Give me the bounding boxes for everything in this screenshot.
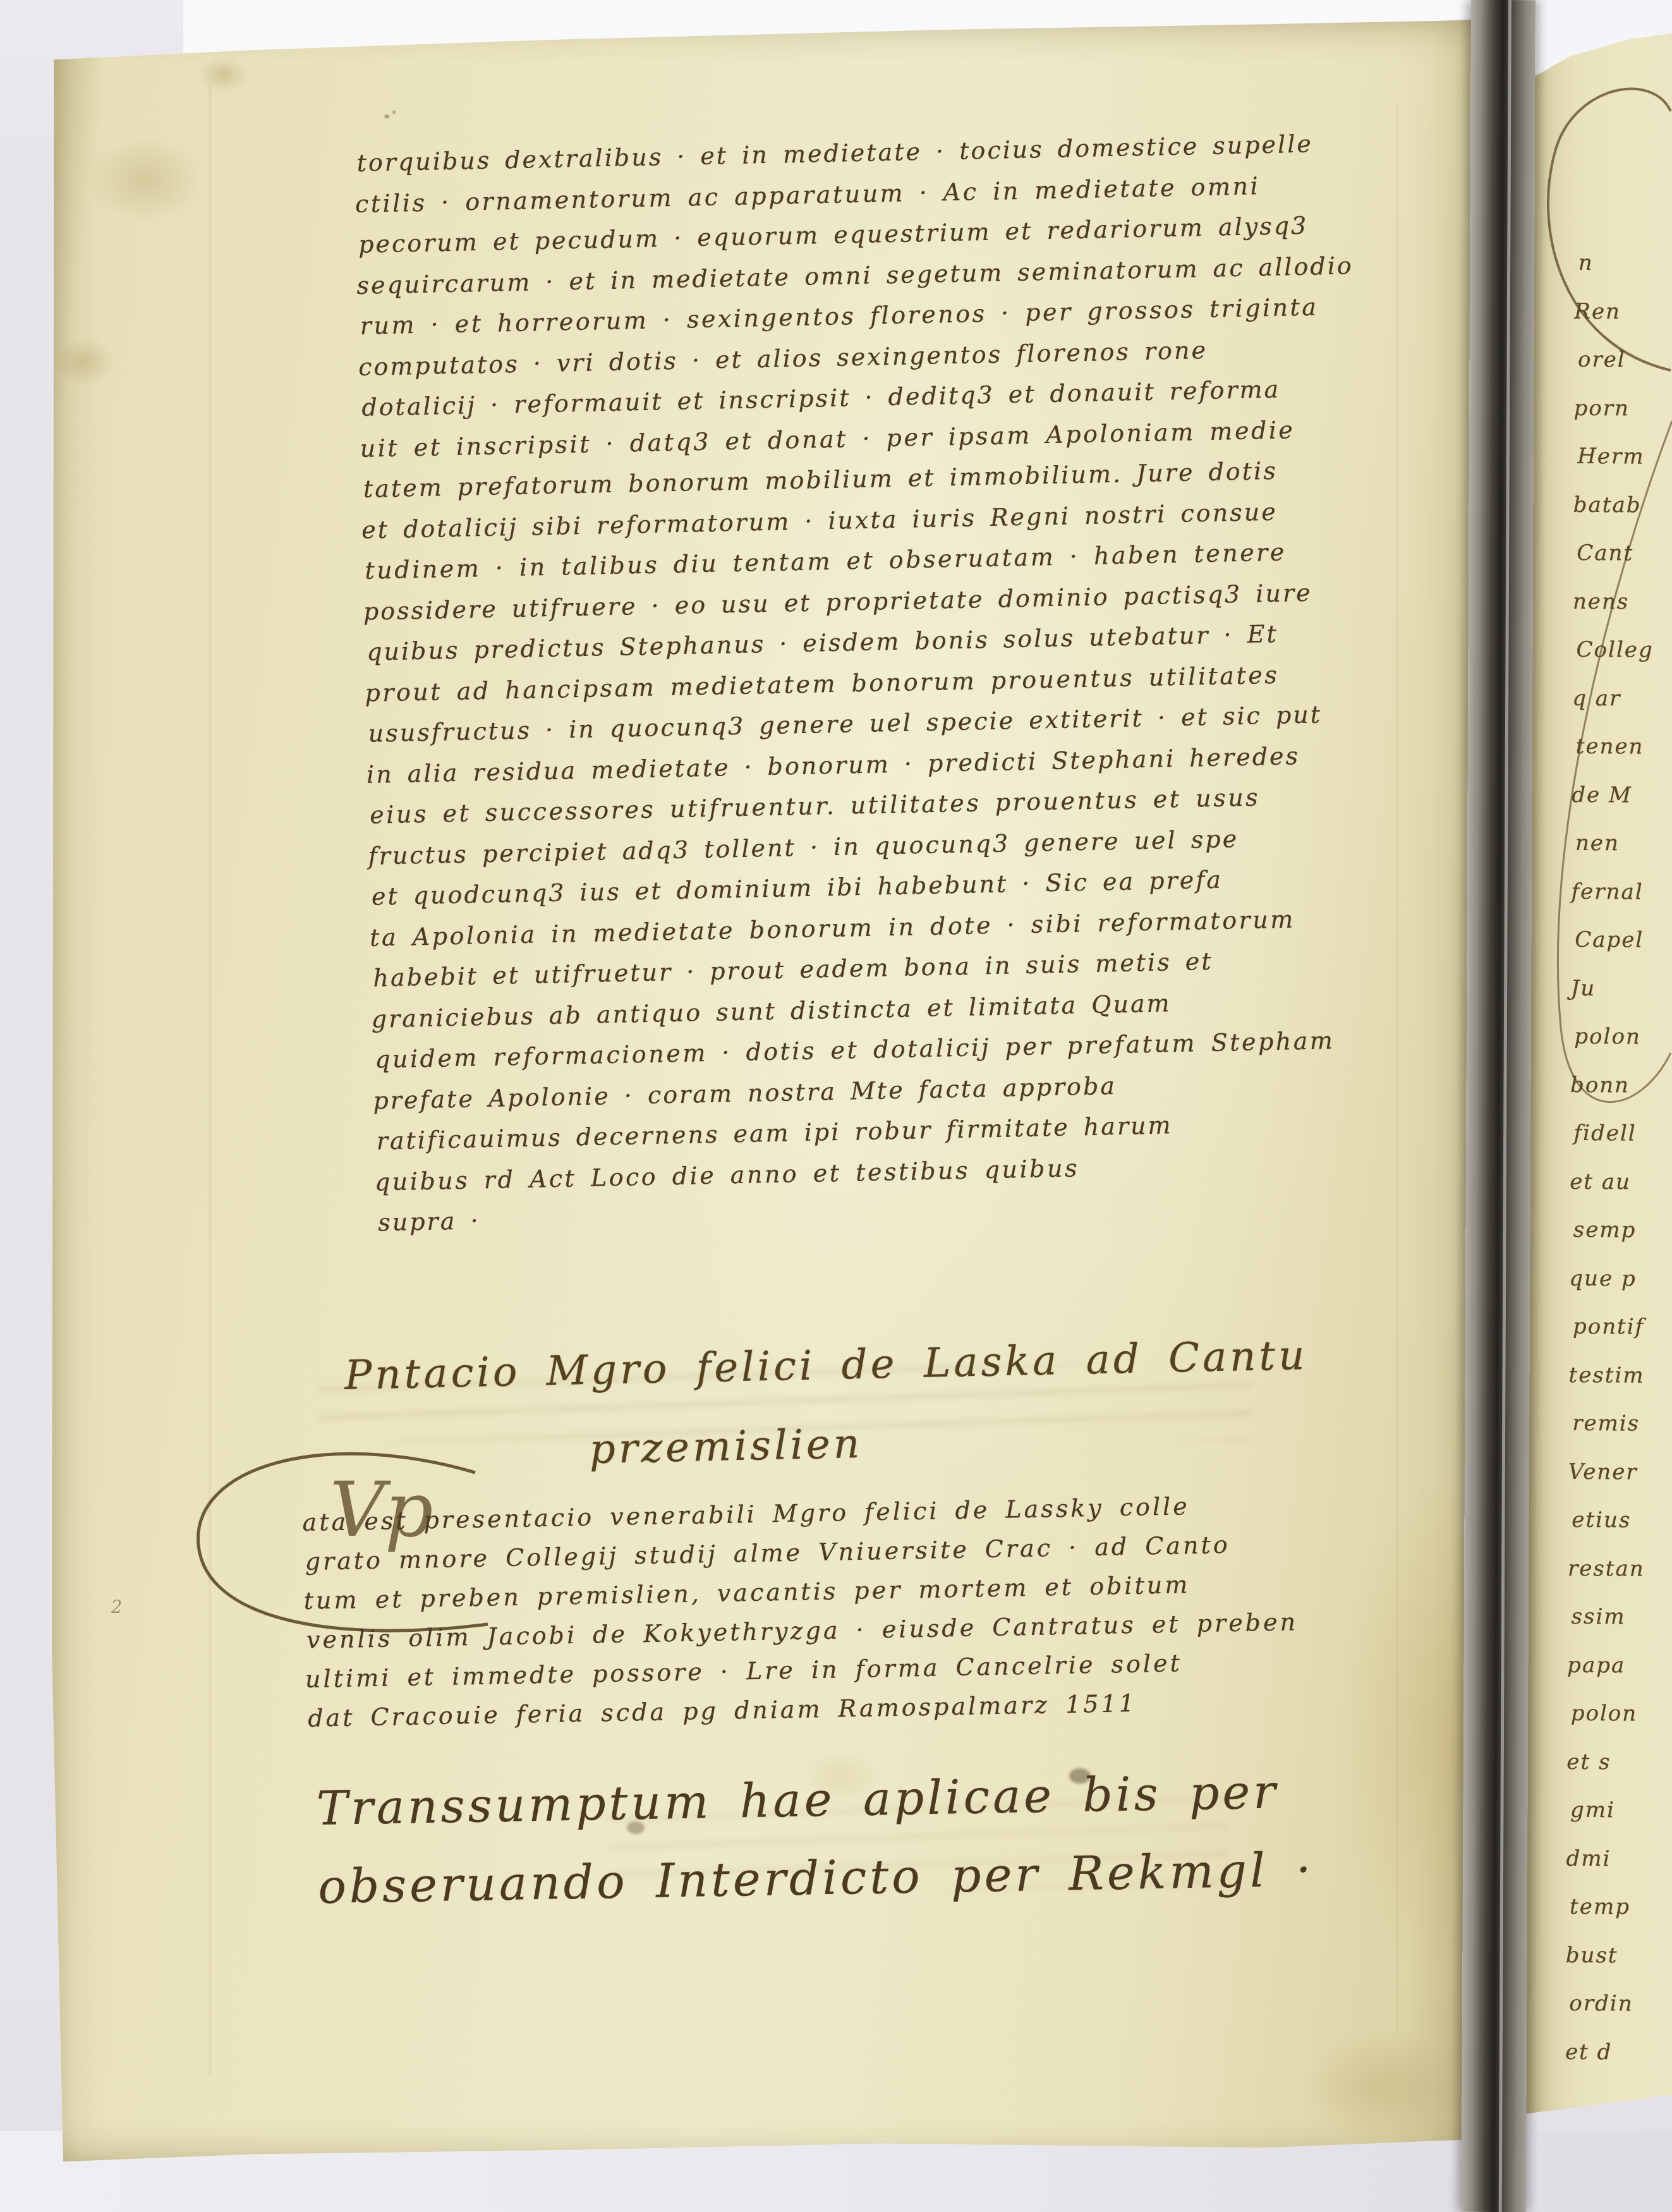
manuscript-page: torquibus dextralibus · et in medietate … (52, 19, 1484, 2163)
ink-blot (627, 1821, 645, 1834)
fragment-line: ordin (1569, 1979, 1647, 2028)
facing-page-fragments: nRenorelpornHermbatabCantnensCollegq art… (1565, 239, 1652, 2077)
fragment-line: polon (1574, 1012, 1652, 1061)
fragment-line: porn (1573, 384, 1651, 432)
fragment-line: Cant (1577, 529, 1654, 578)
fragment-line: dmi (1566, 1834, 1644, 1883)
scan-background: nRenorelpornHermbatabCantnensCollegq art… (0, 0, 1672, 2212)
binding-bar (1462, 0, 1536, 2212)
fragment-line: nens (1573, 577, 1651, 626)
fragment-line: n (1578, 239, 1656, 288)
fragment-line: gmi (1570, 1786, 1648, 1835)
display-note-block: Transsumptum hae aplicae bis perobseruan… (316, 1752, 1315, 1926)
fragment-line: temp (1570, 1883, 1647, 1931)
fragment-line: etius (1572, 1496, 1649, 1545)
fragment-line: Herm (1577, 432, 1655, 481)
ink-blot (1069, 1768, 1091, 1784)
quire-mark: 2 (111, 1598, 122, 1617)
page-crease-right (1396, 105, 1398, 2034)
fragment-line: batab (1573, 480, 1651, 529)
fragment-line: Capel (1575, 916, 1652, 964)
fragment-line: q ar (1572, 674, 1650, 722)
fragment-line: Ju (1571, 964, 1649, 1012)
facing-page: nRenorelpornHermbatabCantnensCollegq art… (1525, 16, 1672, 2129)
fragment-line: semp (1573, 1206, 1651, 1255)
fragment-line: pontif (1573, 1303, 1651, 1351)
fragment-line: fidell (1573, 1109, 1651, 1158)
fragment-line: testim (1568, 1351, 1646, 1399)
presentation-note-block: ata est presentacio venerabili Mgro feli… (302, 1483, 1381, 1738)
fragment-line: bust (1566, 1931, 1644, 1979)
fragment-line: fernal (1571, 867, 1649, 916)
fragment-line: orel (1578, 336, 1656, 384)
text-block-main: torquibus dextralibus · et in medietate … (354, 123, 1362, 1243)
fragment-line: polon (1571, 1689, 1649, 1738)
fragment-line: remis (1572, 1399, 1650, 1448)
fragment-line: et d (1565, 2027, 1643, 2076)
page-crease-left (209, 83, 211, 2077)
fragment-line: bonn (1570, 1060, 1648, 1109)
fragment-line: Vener (1568, 1447, 1646, 1496)
fragment-line: que p (1569, 1254, 1647, 1303)
fragment-line: et s (1566, 1737, 1644, 1786)
fragment-line: papa (1567, 1641, 1645, 1689)
fragment-line: Colleg (1576, 626, 1654, 674)
fragment-line: nen (1575, 819, 1653, 868)
fragment-line: et au (1570, 1157, 1647, 1206)
heading-line-2: przemislien (589, 1397, 1310, 1488)
fragment-line: Ren (1574, 287, 1652, 336)
fragment-line: ssim (1571, 1593, 1649, 1641)
fragment-line: tenen (1576, 722, 1654, 771)
fragment-line: restan (1568, 1544, 1645, 1593)
fragment-line: de M (1572, 770, 1649, 819)
